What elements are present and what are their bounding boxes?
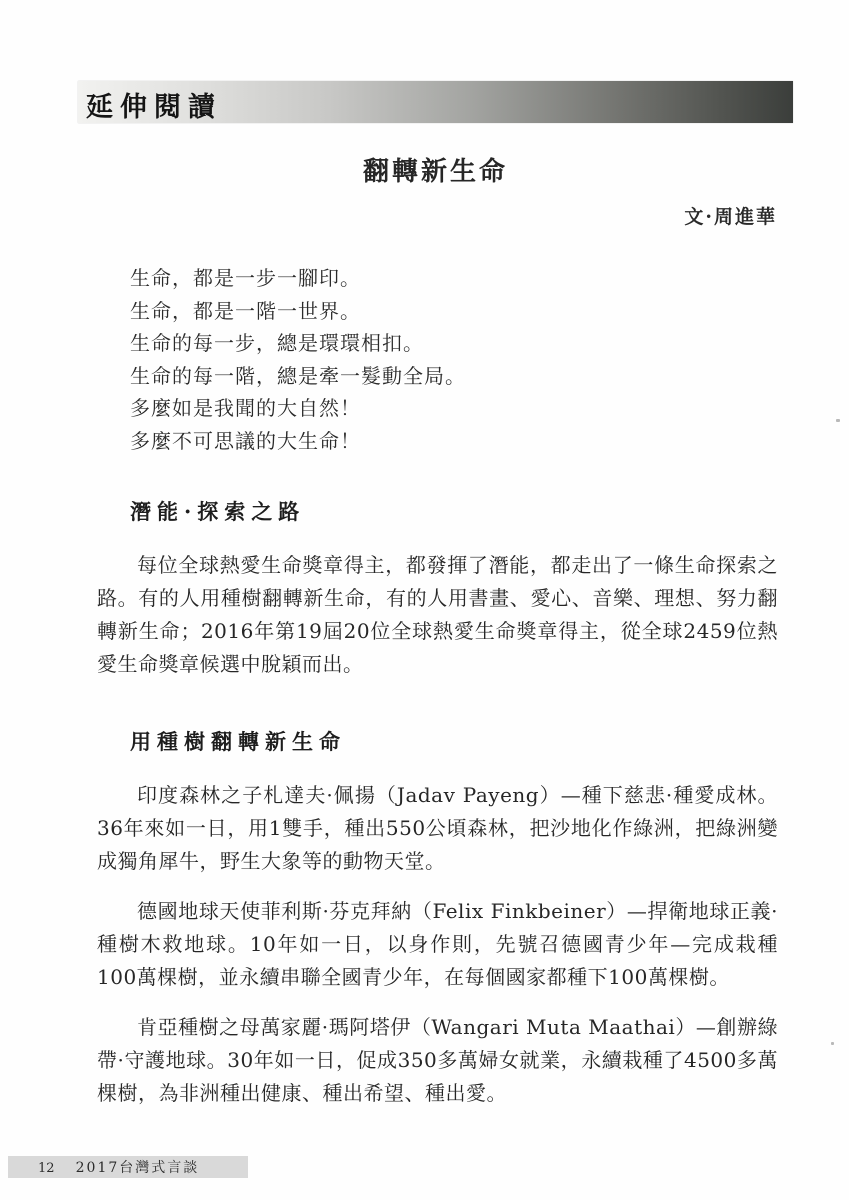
paragraph-jadav-payeng: 印度森林之子札達夫·佩揚（Jadav Payeng）—種下慈悲·種愛成林。36年… [97, 779, 778, 878]
paragraph-laureates: 每位全球熱愛生命獎章得主，都發揮了潛能，都走出了一條生命探索之路。有的人用種樹翻… [97, 549, 778, 681]
article-title: 翻轉新生命 [78, 151, 793, 188]
paragraph-felix-finkbeiner: 德國地球天使菲利斯·芬克拜納（Felix Finkbeiner）—捍衛地球正義·… [97, 895, 778, 994]
section-heading-tree-planting: 用種樹翻轉新生命 [130, 726, 346, 756]
poem-line: 生命，都是一階一世界。 [130, 295, 466, 328]
poem-line: 多麼不可思議的大生命！ [130, 425, 466, 458]
section-banner: 延伸閱讀 [78, 81, 793, 123]
article-byline: 文·周進華 [684, 202, 777, 229]
paragraph-wangari-maathai: 肯亞種樹之母萬家麗·瑪阿塔伊（Wangari Muta Maathai）—創辦綠… [97, 1011, 778, 1110]
book-title: 2017台灣式言談 [76, 1157, 200, 1179]
document-page: 延伸閱讀 翻轉新生命 文·周進華 生命，都是一步一腳印。 生命，都是一階一世界。… [0, 0, 849, 1200]
poem-line: 多麼如是我聞的大自然！ [130, 392, 466, 425]
poem-line: 生命，都是一步一腳印。 [130, 262, 466, 295]
poem-line: 生命的每一步，總是環環相扣。 [130, 327, 466, 360]
banner-label: 延伸閱讀 [86, 85, 222, 124]
poem-line: 生命的每一階，總是牽一髮動全局。 [130, 360, 466, 393]
scan-artifact [836, 419, 840, 422]
section-heading-potential-path: 潛能·探索之路 [130, 496, 305, 526]
page-footer: 12 2017台灣式言談 [8, 1156, 248, 1178]
scan-artifact [831, 1042, 834, 1045]
poem-block: 生命，都是一步一腳印。 生命，都是一階一世界。 生命的每一步，總是環環相扣。 生… [130, 262, 466, 457]
page-number: 12 [38, 1158, 55, 1180]
